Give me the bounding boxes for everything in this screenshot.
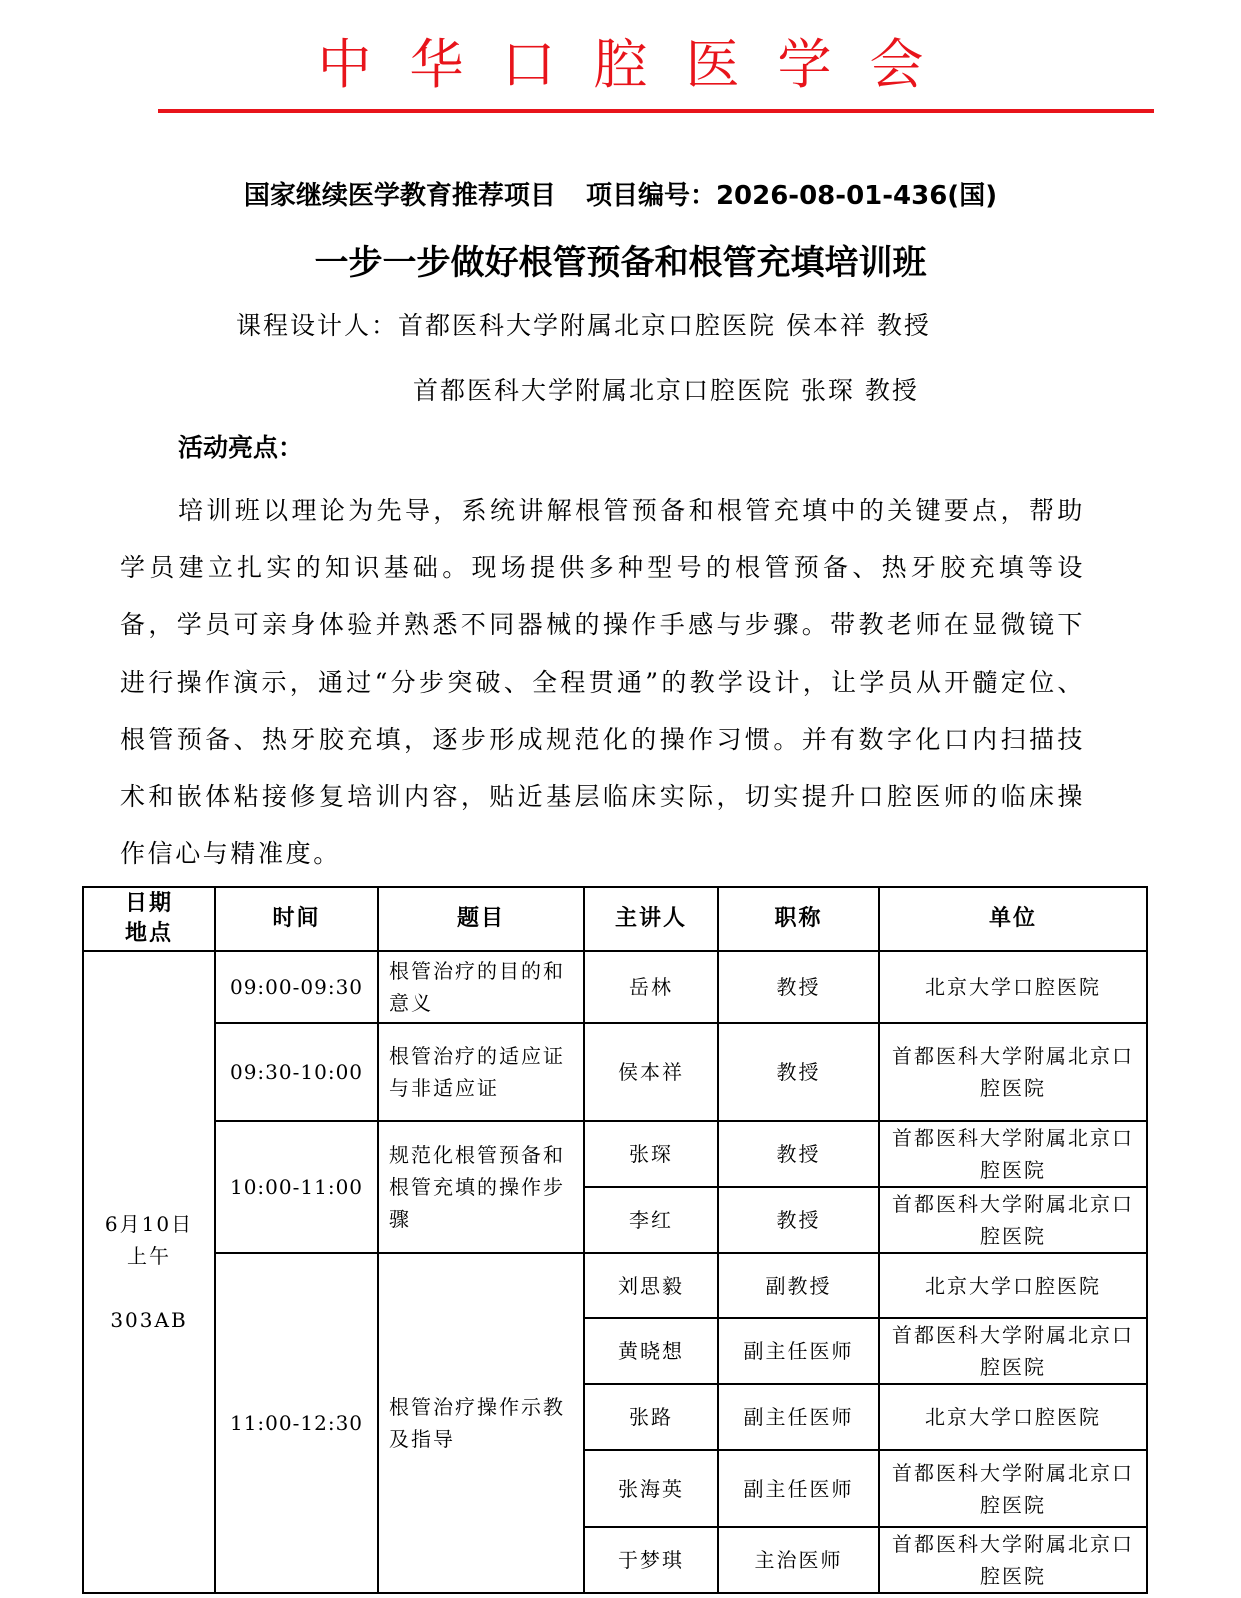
header-title: 职称: [718, 887, 879, 951]
table-row: 11:00-12:30 根管治疗操作示教及指导 刘思毅 副教授 北京大学口腔医院: [83, 1253, 1147, 1318]
unit-cell: 首都医科大学附属北京口腔医院: [879, 1450, 1147, 1527]
title-cell: 副主任医师: [718, 1450, 879, 1527]
designer-label: 课程设计人：: [236, 311, 398, 340]
title-cell: 副教授: [718, 1253, 879, 1318]
speaker-cell: 刘思毅: [584, 1253, 718, 1318]
course-designer-1: 课程设计人：首都医科大学附属北京口腔医院 侯本祥 教授: [236, 308, 931, 344]
speaker-cell: 岳林: [584, 951, 718, 1023]
time-cell: 09:30-10:00: [215, 1023, 378, 1121]
header-date-place: 日期 地点: [83, 887, 215, 951]
designer-name: 首都医科大学附属北京口腔医院 侯本祥 教授: [398, 311, 931, 340]
unit-cell: 北京大学口腔医院: [879, 1384, 1147, 1450]
header-place: 地点: [92, 919, 206, 949]
title-cell: 副主任医师: [718, 1318, 879, 1384]
highlights-paragraph: 培训班以理论为先导，系统讲解根管预备和根管充填中的关键要点，帮助学员建立扎实的知…: [120, 482, 1085, 882]
speaker-cell: 张琛: [584, 1121, 718, 1187]
header-unit: 单位: [879, 887, 1147, 951]
table-row: 6月10日 上午 303AB 09:00-09:30 根管治疗的目的和意义 岳林…: [83, 951, 1147, 1023]
unit-cell: 首都医科大学附属北京口腔医院: [879, 1318, 1147, 1384]
highlights-heading: 活动亮点：: [178, 430, 303, 466]
time-cell: 11:00-12:30: [215, 1253, 378, 1593]
header-topic: 题目: [378, 887, 584, 951]
unit-cell: 首都医科大学附属北京口腔医院: [879, 1023, 1147, 1121]
project-label: 国家继续医学教育推荐项目: [244, 181, 556, 211]
project-info: 国家继续医学教育推荐项目项目编号：2026-08-01-436(国): [0, 178, 1241, 214]
speaker-cell: 李红: [584, 1187, 718, 1253]
date-place-cell: 6月10日 上午 303AB: [83, 951, 215, 1593]
topic-cell: 根管治疗的目的和意义: [378, 951, 584, 1023]
course-designer-2: 首都医科大学附属北京口腔医院 张琛 教授: [413, 373, 919, 409]
date-day: 6月10日: [92, 1208, 206, 1240]
table-row: 10:00-11:00 规范化根管预备和根管充填的操作步骤 张琛 教授 首都医科…: [83, 1121, 1147, 1187]
header-date: 日期: [92, 889, 206, 919]
title-cell: 主治医师: [718, 1527, 879, 1593]
schedule-table: 日期 地点 时间 题目 主讲人 职称 单位 6月10日 上午 303AB 09:…: [82, 886, 1148, 1594]
unit-cell: 首都医科大学附属北京口腔医院: [879, 1121, 1147, 1187]
topic-cell: 根管治疗的适应证与非适应证: [378, 1023, 584, 1121]
time-cell: 10:00-11:00: [215, 1121, 378, 1253]
time-cell: 09:00-09:30: [215, 951, 378, 1023]
date-period: 上午: [92, 1240, 206, 1272]
table-header-row: 日期 地点 时间 题目 主讲人 职称 单位: [83, 887, 1147, 951]
table-row: 09:30-10:00 根管治疗的适应证与非适应证 侯本祥 教授 首都医科大学附…: [83, 1023, 1147, 1121]
header-time: 时间: [215, 887, 378, 951]
title-cell: 教授: [718, 1187, 879, 1253]
unit-cell: 北京大学口腔医院: [879, 1253, 1147, 1318]
header-divider: [158, 109, 1154, 113]
unit-cell: 北京大学口腔医院: [879, 951, 1147, 1023]
course-title: 一步一步做好根管预备和根管充填培训班: [0, 240, 1241, 286]
speaker-cell: 张海英: [584, 1450, 718, 1527]
room: 303AB: [92, 1304, 206, 1336]
spacer: [92, 1272, 206, 1304]
unit-cell: 首都医科大学附属北京口腔医院: [879, 1187, 1147, 1253]
speaker-cell: 侯本祥: [584, 1023, 718, 1121]
topic-cell: 根管治疗操作示教及指导: [378, 1253, 584, 1593]
topic-cell: 规范化根管预备和根管充填的操作步骤: [378, 1121, 584, 1253]
unit-cell: 首都医科大学附属北京口腔医院: [879, 1527, 1147, 1593]
title-cell: 副主任医师: [718, 1384, 879, 1450]
speaker-cell: 于梦琪: [584, 1527, 718, 1593]
speaker-cell: 张路: [584, 1384, 718, 1450]
header-speaker: 主讲人: [584, 887, 718, 951]
project-number: 项目编号：2026-08-01-436(国): [586, 181, 997, 211]
speaker-cell: 黄晓想: [584, 1318, 718, 1384]
title-cell: 教授: [718, 951, 879, 1023]
title-cell: 教授: [718, 1121, 879, 1187]
organization-name: 中华口腔医学会: [0, 30, 1241, 100]
title-cell: 教授: [718, 1023, 879, 1121]
